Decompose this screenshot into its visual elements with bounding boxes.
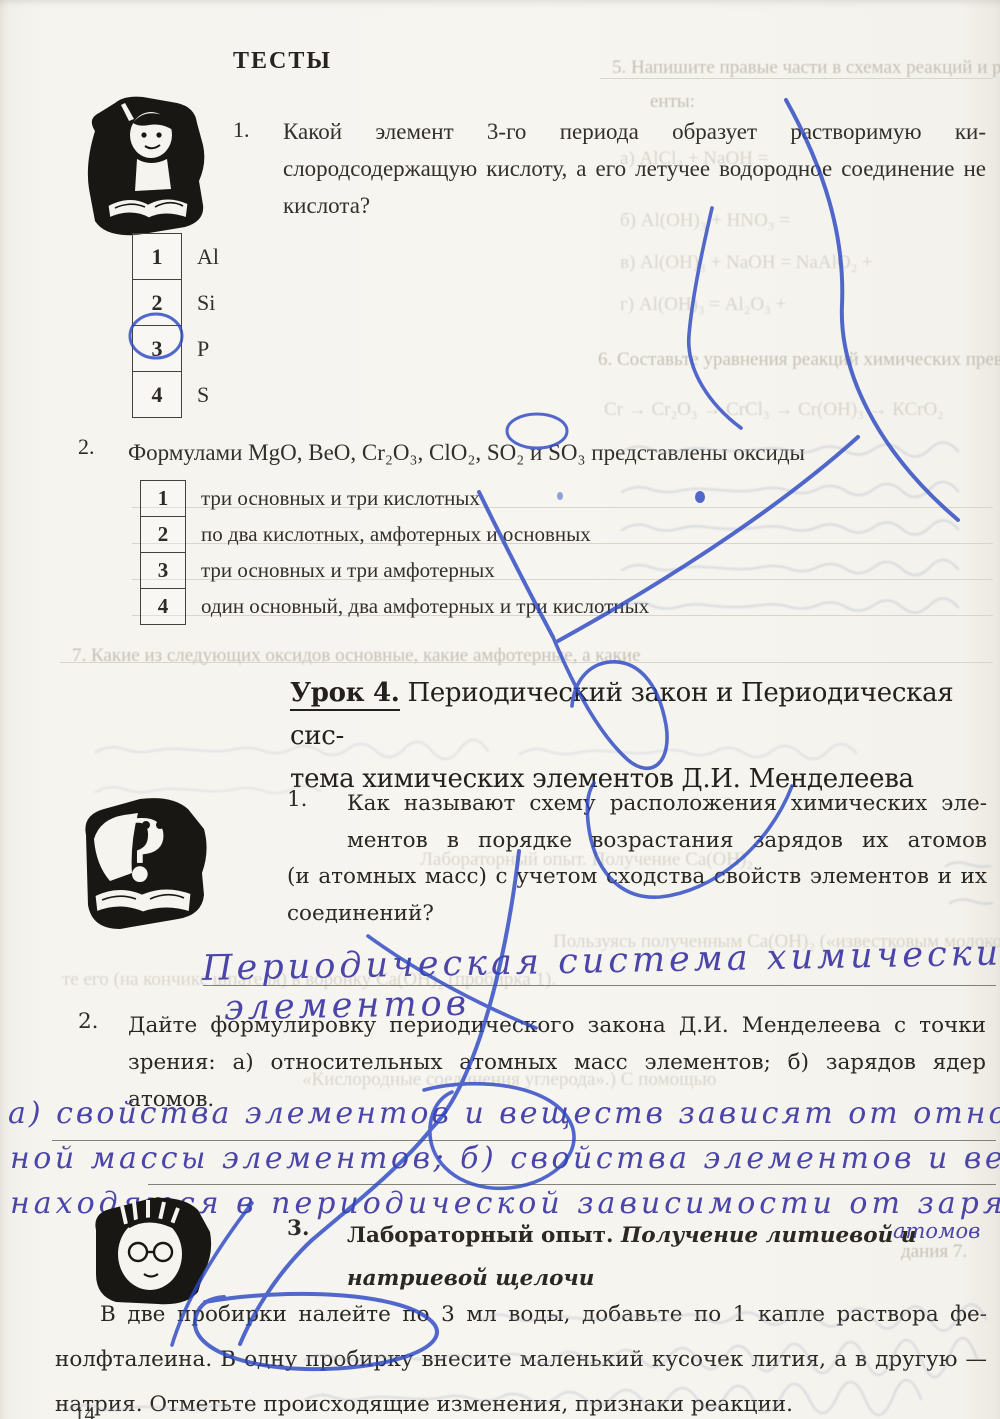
bleedthrough-line: 5. Напишите правые части в схемах реакци…	[612, 57, 1000, 79]
question-text: Как называют схему расположения химическ…	[347, 786, 987, 859]
ruled-line	[60, 662, 993, 663]
option-label: три основных и три кислотных	[201, 486, 480, 511]
page-number: 14	[74, 1402, 95, 1419]
lesson-label: Урок 4.	[290, 678, 400, 711]
lab-experiment-icon	[88, 1196, 214, 1306]
option-number: 1	[140, 480, 186, 517]
question-book-icon: ?	[80, 795, 212, 933]
option-number: 4	[132, 371, 182, 418]
option-label: S	[197, 382, 209, 408]
pen-stroke	[689, 208, 741, 428]
option-number: 3	[132, 325, 182, 372]
option-label: по два кислотных, амфотерных и основных	[201, 522, 591, 547]
answer-row: 4 S	[132, 371, 209, 418]
option-label: P	[197, 336, 209, 362]
bleedthrough-line: енты:	[650, 91, 695, 113]
bleedthrough-line: в) Аl(ОН)₃ + NаОН = NаАlО₂ +	[620, 252, 873, 274]
answer-rule-line	[148, 1184, 996, 1185]
lab-experiment-title: Лабораторный опыт. Получение литиевой и …	[347, 1214, 992, 1300]
tests-header: ТЕСТЫ	[233, 48, 332, 75]
option-number: 4	[140, 588, 186, 625]
instructions-paragraph: В две пробирки налейте по 3 мл воды, доб…	[55, 1292, 987, 1419]
lesson-heading: Урок 4. Периодический закон и Периодичес…	[290, 672, 1000, 801]
question-number: 2.	[78, 1009, 99, 1034]
option-label: один основный, два амфотерных и три кисл…	[201, 594, 649, 619]
answer-row: 4 один основный, два амфотерных и три ки…	[140, 588, 649, 625]
lab-title-bold: Лабораторный опыт.	[347, 1223, 613, 1248]
ruled-line	[600, 78, 993, 79]
option-label: три основных и три амфотерных	[201, 558, 495, 583]
question-text: Какой элемент 3-го периода образует раст…	[283, 113, 986, 224]
student-writing-icon	[85, 93, 211, 237]
option-number: 3	[140, 552, 186, 589]
question-text: (и атомных масс) с учетом сходства свойс…	[287, 859, 987, 932]
answer-row: 1 три основных и три кислотных	[140, 480, 480, 517]
question-glyph: ?	[118, 802, 167, 901]
question-text: Формулами MgO, BeO, Cr₂O₃, ClO₂, SO₂ и S…	[128, 434, 998, 471]
option-label: Al	[197, 244, 219, 270]
answer-row: 1 Al	[132, 233, 219, 280]
bleedthrough-line: 7. Какие из следующих оксидов основные, …	[72, 645, 641, 667]
pen-dot	[557, 492, 563, 500]
answer-row: 2 Si	[132, 279, 215, 326]
question-number: 1.	[287, 787, 308, 812]
handwritten-answer: Периодическая система химических	[202, 933, 1000, 989]
option-number: 2	[140, 516, 186, 553]
answer-row: 2 по два кислотных, амфотерных и основны…	[140, 516, 591, 553]
question-number: 1.	[233, 117, 250, 143]
question-number: 3.	[287, 1216, 309, 1241]
option-label: Si	[197, 290, 215, 316]
pen-dot	[695, 491, 705, 503]
question-number: 2.	[78, 434, 95, 460]
answer-row: 3 P	[132, 325, 209, 372]
answer-row: 3 три основных и три амфотерных	[140, 552, 495, 589]
bleedthrough-line: г) Аl(ОН)₃ = Аl₂О₃ +	[620, 294, 786, 316]
bleedthrough-line: 6. Составьте уравнения реакций химически…	[598, 349, 1000, 371]
handwritten-answer: ной массы элементов; б) свойства элемент…	[10, 1141, 1000, 1176]
option-number: 1	[132, 233, 182, 280]
bleedthrough-line: Сr → Сr₂О₃ → СrСl₃ → Сr(ОН)₃ → КСrО₂	[604, 399, 944, 421]
handwritten-answer: а) свойства элементов и веществ зависят …	[8, 1096, 1000, 1131]
option-number: 2	[132, 279, 182, 326]
workbook-page: 5. Напишите правые части в схемах реакци…	[0, 0, 1000, 1419]
